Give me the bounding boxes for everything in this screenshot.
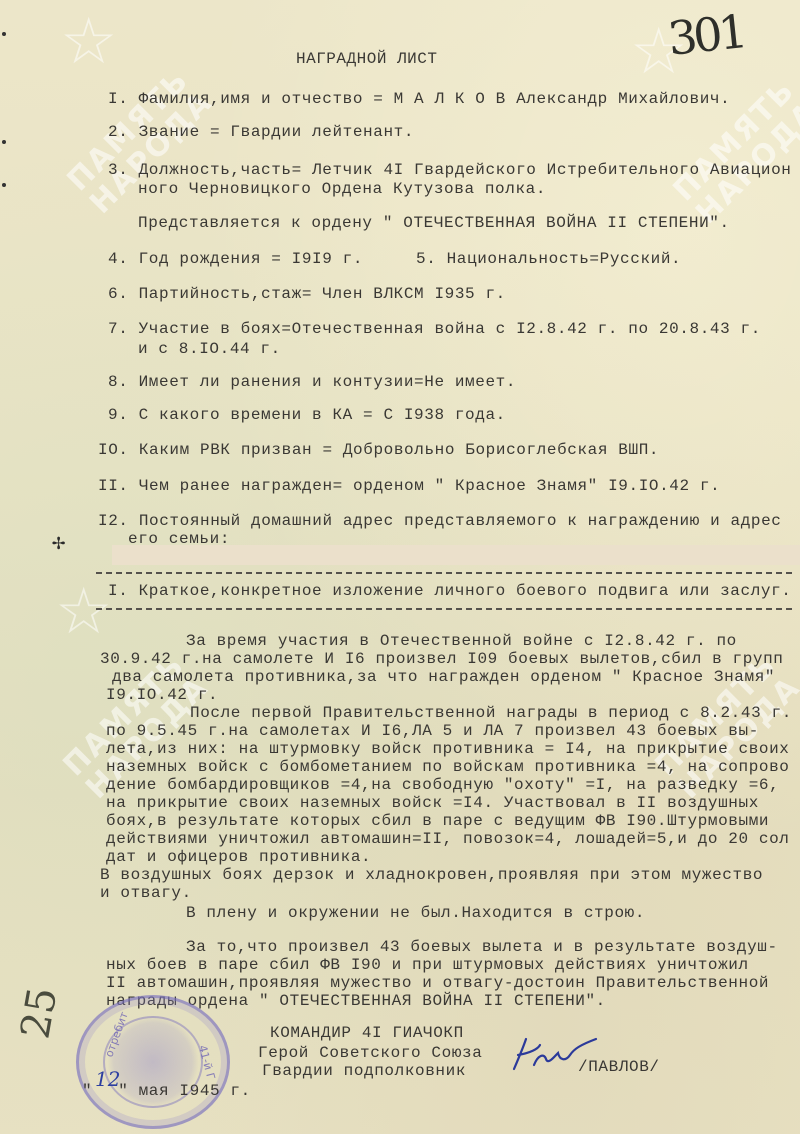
narrative-line: дат и офицеров противника. bbox=[106, 848, 371, 866]
field-position: 3. Должность,часть= Летчик 4I Гвардейско… bbox=[108, 161, 792, 179]
official-stamp: отребит 41-й Г bbox=[76, 995, 230, 1129]
field-drafted-by: IO. Каким РВК призван = Добровольно Бори… bbox=[98, 441, 659, 459]
field-wounds: 8. Имеет ли ранения и контузии=Не имеет. bbox=[108, 373, 516, 391]
signer-name: /ПАВЛОВ/ bbox=[578, 1058, 660, 1076]
narrative-line: два самолета противника,за что награжден… bbox=[112, 668, 775, 686]
field-combat-participation-cont: и с 8.IO.44 г. bbox=[138, 340, 281, 358]
field-nationality: 5. Национальность=Русский. bbox=[416, 250, 681, 268]
section-heading: I. Краткое,конкретное изложение личного … bbox=[108, 582, 792, 600]
date-day-handwritten: 12 bbox=[95, 1067, 120, 1091]
narrative-line: За то,что произвел 43 боевых вылета и в … bbox=[186, 938, 778, 956]
margin-dot bbox=[2, 140, 6, 144]
narrative-line: После первой Правительственной награды в… bbox=[190, 704, 792, 722]
field-party: 6. Партийность,стаж= Член ВЛКСМ I935 г. bbox=[108, 285, 506, 303]
narrative-line: наземных войск с бомбометанием по войска… bbox=[106, 758, 790, 776]
field-full-name: I. Фамилия,имя и отчество = М А Л К О В … bbox=[108, 90, 730, 108]
redacted-address bbox=[112, 545, 800, 565]
narrative-line: боях,в результате которых сбил в паре с … bbox=[106, 812, 769, 830]
narrative-line: на прикрытие своих наземных войск =I4. У… bbox=[106, 794, 759, 812]
narrative-line: по 9.5.45 г.на самолетах И I6,ЛА 5 и ЛА … bbox=[106, 722, 759, 740]
field-nomination: Представляется к ордену " ОТЕЧЕСТВЕННАЯ … bbox=[138, 214, 730, 232]
narrative-line: 30.9.42 г.на самолете И I6 произвел I09 … bbox=[100, 650, 784, 668]
watermark-star-icon: ☆ bbox=[55, 580, 112, 644]
signer-position: КОМАНДИР 4I ГИАЧОКП bbox=[270, 1024, 464, 1042]
narrative-line: лета,из них: на штурмовку войск противни… bbox=[106, 740, 790, 758]
field-service-since: 9. С какого времени в КА = С I938 года. bbox=[108, 406, 506, 424]
signer-title: Герой Советского Союза bbox=[258, 1044, 482, 1062]
divider bbox=[96, 608, 792, 610]
divider bbox=[96, 572, 792, 574]
narrative-line: и отвагу. bbox=[100, 884, 192, 902]
narrative-line: ных боев в паре сбил ФВ I90 и при штурмо… bbox=[106, 956, 749, 974]
document-title: НАГРАДНОЙ ЛИСТ bbox=[296, 50, 437, 68]
narrative-line: действиями уничтожил автомашин=II, повоз… bbox=[106, 830, 790, 848]
narrative-line: В воздушных боях дерзок и хладнокровен,п… bbox=[100, 866, 763, 884]
field-rank: 2. Звание = Гвардии лейтенант. bbox=[108, 123, 414, 141]
archive-number-handwritten: 301 bbox=[665, 4, 746, 66]
field-position-cont: ного Черновицкого Ордена Кутузова полка. bbox=[138, 180, 546, 198]
margin-dot bbox=[2, 183, 6, 187]
narrative-line: I9.IO.42 г. bbox=[106, 686, 218, 704]
field-birth-year: 4. Год рождения = I9I9 г. bbox=[108, 250, 363, 268]
field-combat-participation: 7. Участие в боях=Отечественная война с … bbox=[108, 320, 761, 338]
signer-rank: Гвардии подполковник bbox=[262, 1062, 466, 1080]
field-previous-awards: II. Чем ранее награжден= орденом " Красн… bbox=[98, 477, 720, 495]
narrative-line: дение бомбардировщиков =4,на свободную "… bbox=[106, 776, 779, 794]
margin-mark-icon: ✢ bbox=[52, 530, 65, 556]
field-address: I2. Постоянный домашний адрес представля… bbox=[98, 512, 782, 530]
narrative-line: За время участия в Отечественной войне с… bbox=[186, 632, 737, 650]
margin-dot bbox=[2, 32, 6, 36]
narrative-line: II автомашин,проявляя мужество и отвагу-… bbox=[106, 974, 769, 992]
narrative-line: В плену и окружении не был.Находится в с… bbox=[186, 904, 645, 922]
watermark-star-icon: ☆ bbox=[60, 10, 117, 74]
margin-number-handwritten: 25 bbox=[12, 984, 66, 1042]
